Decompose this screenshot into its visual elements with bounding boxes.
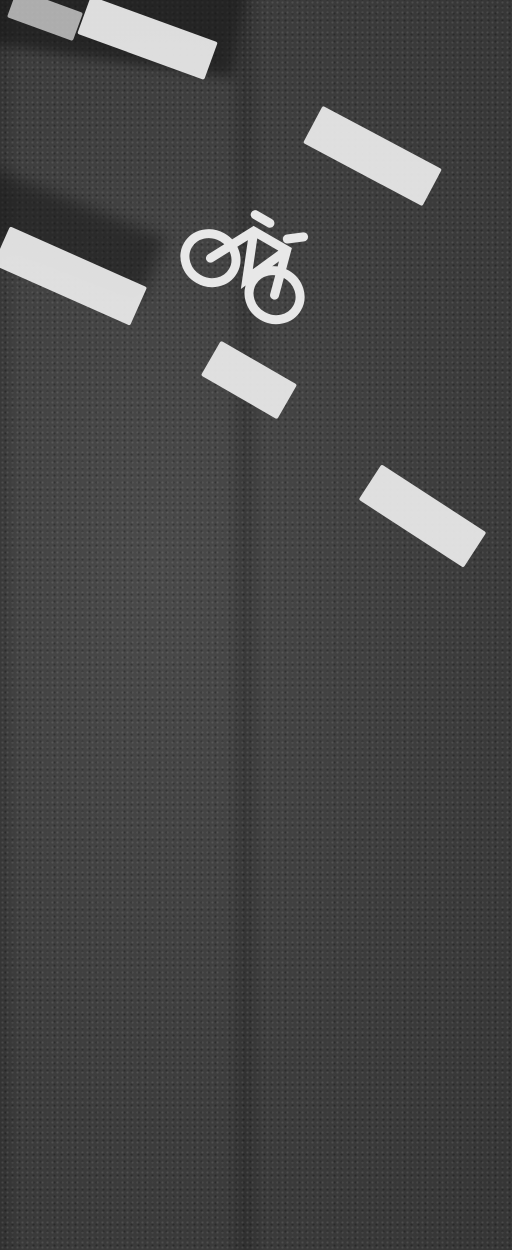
road-scene	[0, 0, 512, 1250]
bicycle-marking-icon	[180, 185, 330, 325]
